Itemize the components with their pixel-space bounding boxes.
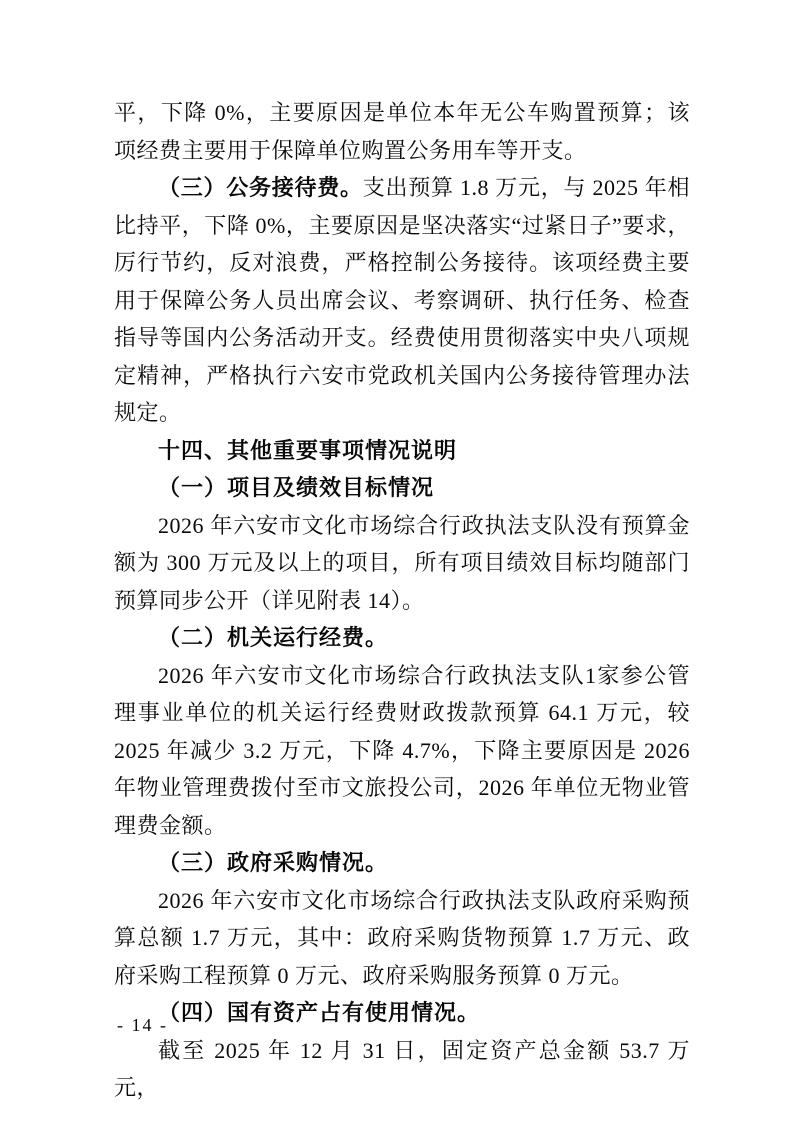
paragraph-official-reception-fee: （三）公务接待费。支出预算 1.8 万元，与 2025 年相比持平，下降 0%，…	[114, 169, 690, 432]
paragraph-state-owned-assets: 截至 2025 年 12 月 31 日，固定资产总金额 53.7 万元，	[114, 1032, 690, 1107]
paragraph-agency-operating-funds: 2026 年六安市文化市场综合行政执法支队1家参公管理事业单位的机关运行经费财政…	[114, 657, 690, 845]
document-page: 平，下降 0%，主要原因是单位本年无公车购置预算；该项经费主要用于保障单位购置公…	[0, 0, 793, 1122]
paragraph-carryover: 平，下降 0%，主要原因是单位本年无公车购置预算；该项经费主要用于保障单位购置公…	[114, 94, 690, 169]
reception-fee-body-text: 支出预算 1.8 万元，与 2025 年相比持平，下降 0%，主要原因是坚决落实…	[114, 175, 690, 425]
paragraph-project-performance-targets: 2026 年六安市文化市场综合行政执法支队没有预算金额为 300 万元及以上的项…	[114, 507, 690, 620]
page-content: 平，下降 0%，主要原因是单位本年无公车购置预算；该项经费主要用于保障单位购置公…	[114, 94, 690, 1107]
paragraph-government-procurement: 2026 年六安市文化市场综合行政执法支队政府采购预算总额 1.7 万元，其中：…	[114, 882, 690, 995]
subsection-heading-project-performance-targets: （一）项目及绩效目标情况	[114, 469, 690, 507]
subsection-heading-agency-operating-funds: （二）机关运行经费。	[114, 619, 690, 657]
section-heading-other-important-matters: 十四、其他重要事项情况说明	[114, 432, 690, 470]
page-number: - 14 -	[117, 1013, 168, 1037]
subsection-heading-state-owned-assets: （四）国有资产占有使用情况。	[114, 994, 690, 1032]
subsection-heading-government-procurement: （三）政府采购情况。	[114, 844, 690, 882]
reception-fee-lead-heading: （三）公务接待费。	[158, 175, 363, 200]
